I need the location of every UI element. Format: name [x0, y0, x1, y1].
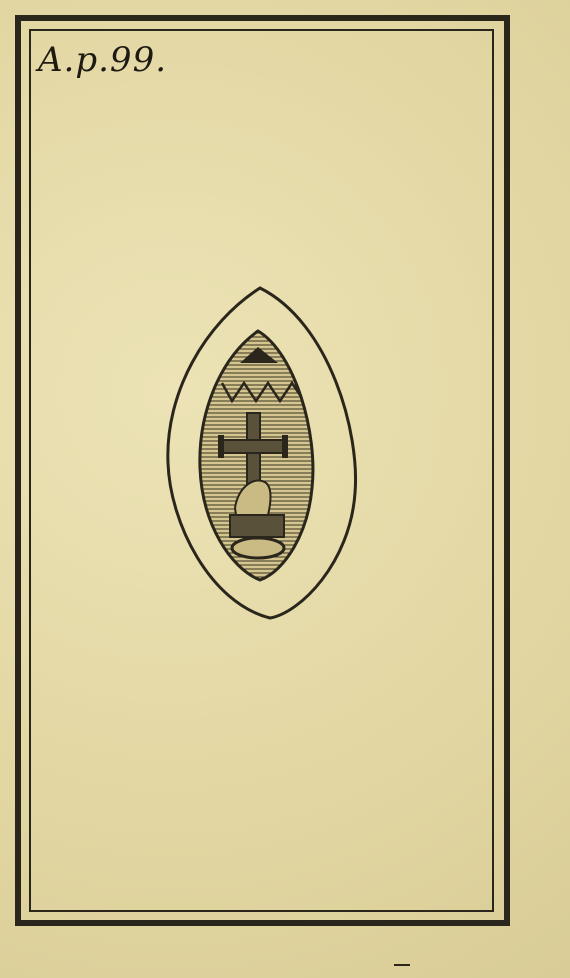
plate-label: A.p.99. [38, 40, 167, 80]
crown-icon [232, 538, 284, 558]
seal-engraving [160, 283, 370, 628]
paper-mark [394, 964, 410, 966]
cuff [230, 515, 284, 537]
